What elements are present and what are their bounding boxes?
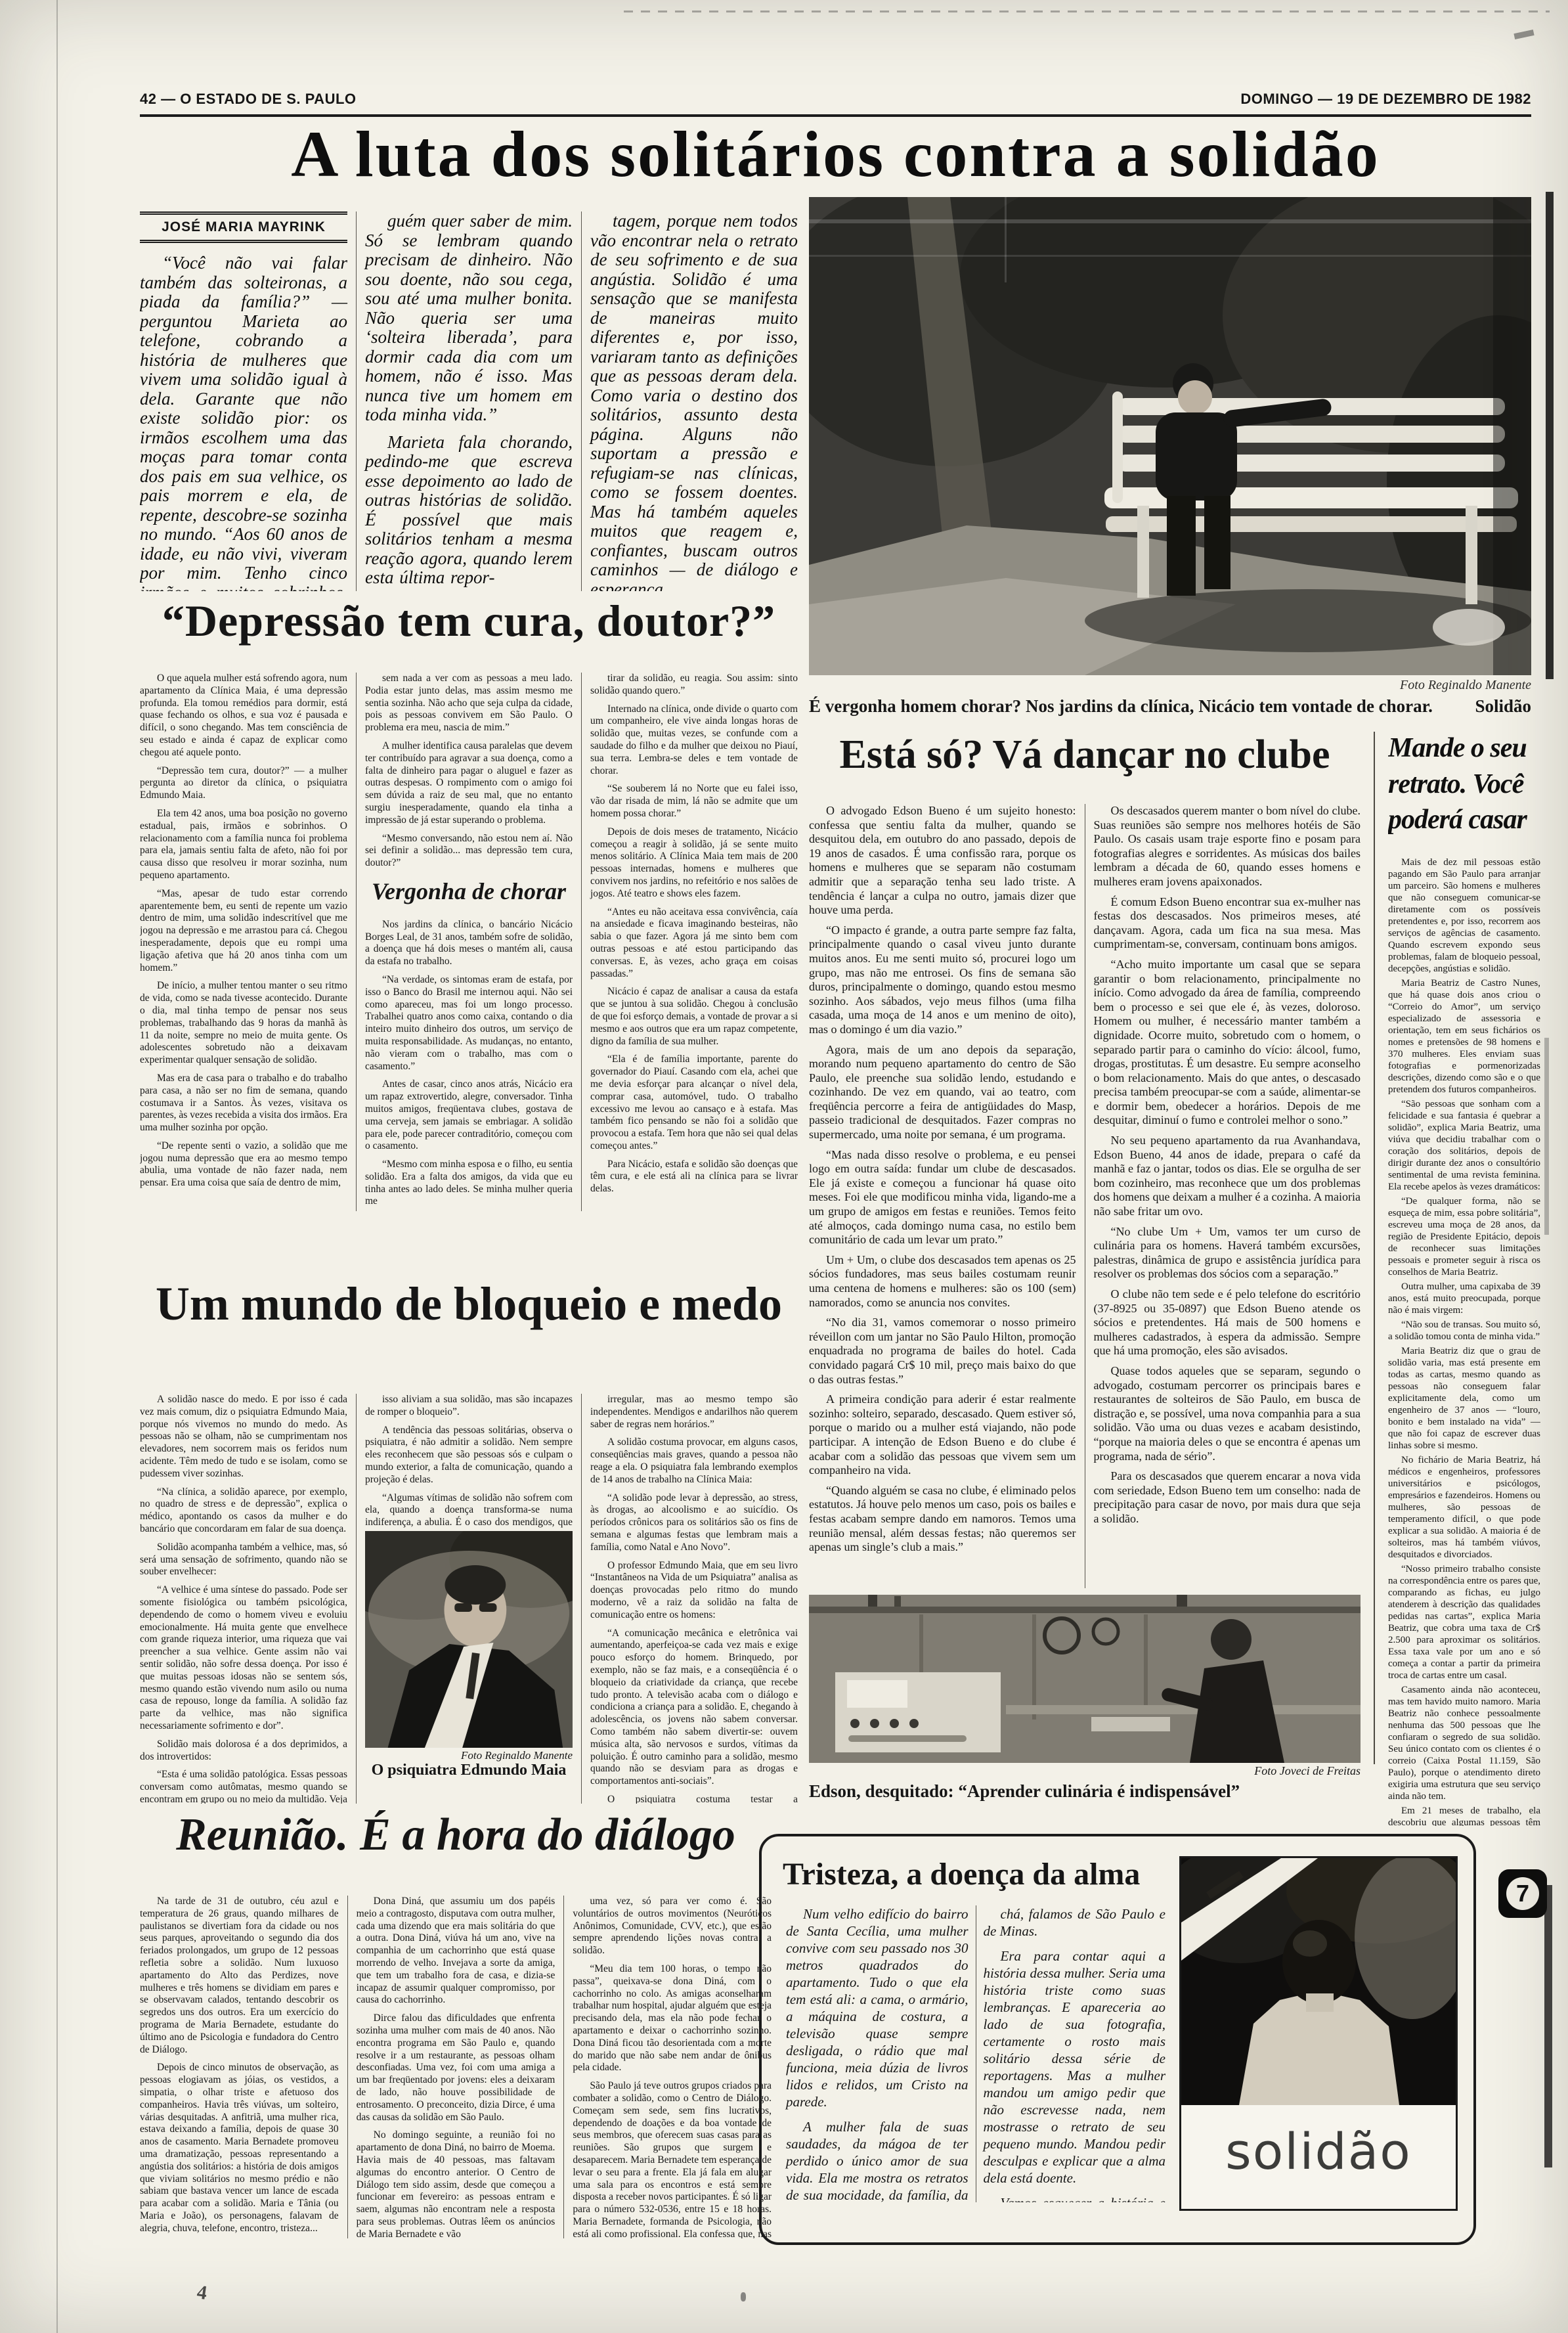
paragraph: “Esta é uma solidão patológica. Essas pe…	[140, 1769, 347, 1804]
paragraph: “Quando alguém se casa no clube, é elimi…	[809, 1484, 1076, 1555]
paragraph: tagem, porque nem todos vão encontrar ne…	[590, 211, 798, 591]
paragraph: “Depressão tem cura, doutor?” — a mulher…	[140, 765, 347, 802]
paragraph: “Mesmo com minha esposa e o filho, eu se…	[365, 1159, 573, 1208]
reuniao-column-1: Na tarde de 31 de outubro, céu azul e te…	[140, 1896, 347, 2238]
paragraph: “A velhice é uma síntese do passado. Pod…	[140, 1584, 347, 1733]
paragraph: Nicácio é capaz de analisar a causa da e…	[590, 986, 798, 1048]
paragraph: “Se souberem lá no Norte que eu falei is…	[590, 783, 798, 820]
paragraph: Mas era de casa para o trabalho e do tra…	[140, 1073, 347, 1134]
esta-so-article: O advogado Edson Bueno é um sujeito hone…	[809, 804, 1361, 1588]
paragraph: É comum Edson Bueno encontrar sua ex-mul…	[1094, 895, 1361, 952]
paragraph: A tendência das pessoas solitárias, obse…	[365, 1425, 573, 1486]
park-bench-photo-art	[809, 197, 1531, 675]
paragraph: Um + Um, o clube dos descasados tem apen…	[809, 1253, 1076, 1310]
paragraph: “São pessoas que sonham com a felicidade…	[1388, 1098, 1540, 1193]
paragraph: “Na clínica, a solidão aparece, por exem…	[140, 1486, 347, 1536]
woman-from-behind-photo-art	[1181, 1858, 1456, 2105]
tristeza-column-1: Num velho edifício do bairro de Santa Ce…	[779, 1905, 976, 2202]
paragraph: isso aliviam a sua solidão, mas são inca…	[365, 1394, 573, 1419]
column-text: Dona Diná, que assumiu um dos papéis mei…	[357, 1896, 555, 2238]
um-mundo-article: A solidão nasce do medo. E por isso é ca…	[140, 1394, 798, 1804]
paragraph: O psiquiatra costuma testar a comunicabi…	[590, 1794, 798, 1804]
paragraph: Na tarde de 31 de outubro, céu azul e te…	[140, 1896, 339, 2056]
photo-credit: Foto Reginaldo Manente	[365, 1750, 573, 1762]
depressao-headline: “Depressão tem cura, doutor?”	[140, 595, 798, 647]
paragraph: “O impacto é grande, a outra parte sempr…	[809, 923, 1076, 1037]
scan-artifact	[1544, 1885, 1552, 2167]
paragraph: Para os descasados que querem encarar a …	[1094, 1469, 1361, 1526]
psychiatrist-photo-art	[365, 1531, 573, 1748]
paragraph: “Ela é de família importante, parente do…	[590, 1054, 798, 1152]
paragraph: “De qualquer forma, não se esqueça de mi…	[1388, 1195, 1540, 1278]
photo-caption: Edson, desquitado: “Aprender culinária é…	[809, 1781, 1361, 1802]
reuni ao-column-2: Dona Diná, que assumiu um dos papéis mei…	[347, 1896, 564, 2238]
solidao-logo-text: solidão	[1181, 2122, 1456, 2181]
column-text: sem nada a ver com as pessoas a meu lado…	[365, 673, 573, 870]
depressao-column-2: sem nada a ver com as pessoas a meu lado…	[356, 673, 581, 1211]
column-text: chá, falamos de São Paulo e de Minas.Era…	[984, 1905, 1166, 2202]
paragraph: Em 21 meses de trabalho, ela descobriu q…	[1388, 1805, 1540, 1826]
column-text: O que aquela mulher está sofrendo agora,…	[140, 673, 347, 1189]
column-text: uma vez, só para ver como é. São voluntá…	[573, 1896, 772, 2238]
mande-article: Mande o seu retrato. Você poderá casar M…	[1388, 730, 1540, 1826]
ink-mark	[741, 2292, 746, 2301]
paragraph: A mulher fala de suas saudades, da mágoa…	[786, 2118, 969, 2202]
esta-so-column-1: O advogado Edson Bueno é um sujeito hone…	[809, 804, 1085, 1588]
paragraph: Solidão mais dolorosa é a dos deprimidos…	[140, 1739, 347, 1764]
tristeza-column-2: chá, falamos de São Paulo e de Minas.Era…	[976, 1905, 1173, 2202]
paragraph: No domingo seguinte, a reunião foi no ap…	[357, 2129, 555, 2238]
paragraph: “No clube Um + Um, vamos ter um curso de…	[1094, 1225, 1361, 1281]
photo-credit: Foto Reginaldo Manente	[809, 678, 1531, 693]
paragraph: “No dia 31, vamos comemorar o nosso prim…	[809, 1316, 1076, 1387]
page-number: 42 — O ESTADO DE S. PAULO	[140, 91, 357, 108]
paragraph: Internado na clínica, onde divide o quar…	[590, 703, 798, 778]
paragraph: Solidão acompanha também a velhice, mas,…	[140, 1542, 347, 1578]
paragraph: “Na verdade, os sintomas eram de estafa,…	[365, 974, 573, 1073]
depressao-column-3: tirar da solidão, eu reagia. Sou assim: …	[581, 673, 798, 1211]
lead-column-2: guém quer saber de mim. Só se lembram qu…	[356, 211, 581, 591]
caption-tag: Solidão	[1475, 696, 1531, 717]
lead-column-1: JOSÉ MARIA MAYRINK “Você não vai falar t…	[140, 211, 356, 591]
paragraph: Maria Beatriz de Castro Nunes, que há qu…	[1388, 977, 1540, 1096]
tristeza-box: Tristeza, a doença da alma Num velho edi…	[759, 1834, 1476, 2245]
paragraph: “A solidão pode levar à depressão, ao st…	[590, 1492, 798, 1554]
paragraph: Quase todos aqueles que se separam, segu…	[1094, 1364, 1361, 1463]
column-rule	[1374, 732, 1375, 1764]
byline: JOSÉ MARIA MAYRINK	[140, 211, 347, 243]
lead-column-text: “Você não vai falar também das solteiron…	[140, 254, 347, 591]
paragraph: “Antes eu não aceitava essa convivência,…	[590, 906, 798, 981]
paragraph: Maria Beatriz diz que o grau de solidão …	[1388, 1345, 1540, 1452]
paragraph: “Algumas vítimas de solidão não sofrem c…	[365, 1492, 573, 1528]
caption-text: É vergonha homem chorar? Nos jardins da …	[809, 696, 1433, 717]
badge-number: 7	[1506, 1877, 1539, 1910]
um-mundo-column-3: irregular, mas ao mesmo tempo são indepe…	[581, 1394, 798, 1804]
paragraph: No fichário de Maria Beatriz, há médicos…	[1388, 1454, 1540, 1561]
edson-kitchen-photo-art	[809, 1595, 1361, 1763]
scan-artifact	[1514, 30, 1534, 39]
paragraph: A solidão costuma provocar, em alguns ca…	[590, 1436, 798, 1486]
esta-so-headline: Está só? Vá dançar no clube	[809, 732, 1361, 778]
reuniao-article: Na tarde de 31 de outubro, céu azul e te…	[140, 1896, 772, 2238]
paragraph: Antes de casar, cinco anos atrás, Nicáci…	[365, 1078, 573, 1153]
paragraph: “Acho muito importante um casal que se s…	[1094, 958, 1361, 1128]
paragraph: Era para contar aqui a história dessa mu…	[984, 1947, 1166, 2187]
paragraph: Vamos esquecer a história e guardar as f…	[984, 2194, 1166, 2202]
depressao-column-1: O que aquela mulher está sofrendo agora,…	[140, 673, 356, 1211]
subhead-vergonha: Vergonha de chorar	[365, 885, 573, 898]
paragraph: O clube não tem sede e é pelo telefone d…	[1094, 1287, 1361, 1358]
paragraph: De início, a mulher tentou manter o seu …	[140, 980, 347, 1067]
paragraph: “Mas nada disso resolve o problema, e eu…	[809, 1148, 1076, 1247]
column-text: O advogado Edson Bueno é um sujeito hone…	[809, 804, 1076, 1555]
lead-column-text: tagem, porque nem todos vão encontrar ne…	[590, 211, 798, 591]
header-rule	[140, 114, 1531, 117]
series-number-badge: 7	[1498, 1869, 1547, 1918]
paragraph: Casamento ainda não aconteceu, mas tem h…	[1388, 1684, 1540, 1802]
paragraph: guém quer saber de mim. Só se lembram qu…	[365, 211, 573, 425]
paragraph: A solidão nasce do medo. E por isso é ca…	[140, 1394, 347, 1480]
reuniao-column-3: uma vez, só para ver como é. São voluntá…	[563, 1896, 772, 2238]
paragraph: O que aquela mulher está sofrendo agora,…	[140, 673, 347, 759]
column-text: isso aliviam a sua solidão, mas são inca…	[365, 1394, 573, 1528]
paragraph: Depois de cinco minutos de observação, a…	[140, 2062, 339, 2234]
park-bench-photo	[809, 197, 1531, 675]
um-mundo-column-2: isso aliviam a sua solidão, mas são inca…	[356, 1394, 581, 1804]
reuniao-headline: Reunião. É a hora do diálogo	[140, 1809, 772, 1861]
paragraph: A mulher identifica causa paralelas que …	[365, 740, 573, 827]
um-mundo-headline: Um mundo de bloqueio e medo	[140, 1277, 798, 1331]
paragraph: Mais de dez mil pessoas estão pagando em…	[1388, 856, 1540, 975]
paragraph: “Nosso primeiro trabalho consiste na cor…	[1388, 1563, 1540, 1681]
scan-artifact	[624, 11, 1550, 12]
esta-so-column-2: Os descasados querem manter o bom nível …	[1085, 804, 1361, 1588]
scan-artifact	[1546, 192, 1554, 679]
paragraph: Ela tem 42 anos, uma boa posição no gove…	[140, 808, 347, 882]
photo-caption: É vergonha homem chorar? Nos jardins da …	[809, 696, 1531, 717]
paragraph: “Você não vai falar também das solteiron…	[140, 254, 347, 591]
paragraph: tirar da solidão, eu reagia. Sou assim: …	[590, 673, 798, 698]
photo-credit: Foto Joveci de Freitas	[809, 1764, 1361, 1778]
lead-column-3: tagem, porque nem todos vão encontrar ne…	[581, 211, 798, 591]
photo-caption: O psiquiatra Edmundo Maia	[365, 1764, 573, 1777]
paragraph: São Paulo já teve outros grupos criados …	[573, 2080, 772, 2238]
main-headline: A luta dos solitários contra a solidão	[140, 121, 1531, 188]
paragraph: “De repente senti o vazio, a solidão que…	[140, 1140, 347, 1189]
column-text: tirar da solidão, eu reagia. Sou assim: …	[590, 673, 798, 1195]
paragraph: Dirce falou das dificuldades que enfrent…	[357, 2012, 555, 2123]
column-text: Nos jardins da clínica, o bancário Nicác…	[365, 919, 573, 1209]
column-text: A solidão nasce do medo. E por isso é ca…	[140, 1394, 347, 1804]
edition-date: DOMINGO — 19 DE DEZEMBRO DE 1982	[985, 91, 1531, 108]
paragraph: O advogado Edson Bueno é um sujeito hone…	[809, 804, 1076, 918]
paragraph: “Mas, apesar de tudo estar correndo apar…	[140, 888, 347, 975]
mande-headline: Mande o seu retrato. Você poderá casar	[1388, 730, 1540, 838]
um-mundo-column-1: A solidão nasce do medo. E por isso é ca…	[140, 1394, 356, 1804]
lead-column-text: guém quer saber de mim. Só se lembram qu…	[365, 211, 573, 588]
paragraph: “A comunicação mecânica e eletrônica vai…	[590, 1628, 798, 1788]
paragraph: O professor Edmundo Maia, que em seu liv…	[590, 1560, 798, 1622]
paragraph: “Não sou de transas. Sou muito só, a sol…	[1388, 1319, 1540, 1343]
paragraph: “Meu dia tem 100 horas, o tempo não pass…	[573, 1963, 772, 2074]
column-text: Os descasados querem manter o bom nível …	[1094, 804, 1361, 1526]
paragraph: Outra mulher, uma capixaba de 39 anos, e…	[1388, 1281, 1540, 1316]
paragraph: irregular, mas ao mesmo tempo são indepe…	[590, 1394, 798, 1431]
column-text: Mais de dez mil pessoas estão pagando em…	[1388, 856, 1540, 1826]
paragraph: Nos jardins da clínica, o bancário Nicác…	[365, 919, 573, 968]
psychiatrist-photo	[365, 1531, 573, 1748]
scan-artifact	[1544, 1038, 1549, 1235]
newspaper-page: 42 — O ESTADO DE S. PAULO DOMINGO — 19 D…	[0, 0, 1568, 2333]
solidao-photo-panel: solidão	[1179, 1856, 1458, 2211]
edson-kitchen-photo	[809, 1595, 1361, 1763]
paragraph: Para Nicácio, estafa e solidão são doenç…	[590, 1159, 798, 1195]
page-fold-line	[56, 0, 58, 2333]
paragraph: Os descasados querem manter o bom nível …	[1094, 804, 1361, 889]
paragraph: Depois de dois meses de tratamento, Nicá…	[590, 826, 798, 900]
paragraph: Agora, mais de um ano depois da separaçã…	[809, 1043, 1076, 1142]
depressao-article: O que aquela mulher está sofrendo agora,…	[140, 673, 798, 1211]
paragraph: “Mesmo conversando, não estou nem aí. Nã…	[365, 833, 573, 870]
ink-mark: 4	[196, 2281, 209, 2305]
paragraph: sem nada a ver com as pessoas a meu lado…	[365, 673, 573, 734]
column-text: Num velho edifício do bairro de Santa Ce…	[786, 1905, 969, 2202]
lead-article: JOSÉ MARIA MAYRINK “Você não vai falar t…	[140, 211, 798, 591]
paragraph: Marieta fala chorando, pedindo-me que es…	[365, 433, 573, 588]
column-text: irregular, mas ao mesmo tempo são indepe…	[590, 1394, 798, 1804]
paragraph: chá, falamos de São Paulo e de Minas.	[984, 1905, 1166, 1940]
column-text: Na tarde de 31 de outubro, céu azul e te…	[140, 1896, 339, 2235]
paragraph: No seu pequeno apartamento da rua Avanha…	[1094, 1134, 1361, 1219]
paragraph: uma vez, só para ver como é. São voluntá…	[573, 1896, 772, 1957]
paragraph: Num velho edifício do bairro de Santa Ce…	[786, 1905, 969, 2110]
paragraph: A primeira condição para aderir é estar …	[809, 1392, 1076, 1478]
paragraph: Dona Diná, que assumiu um dos papéis mei…	[357, 1896, 555, 2007]
